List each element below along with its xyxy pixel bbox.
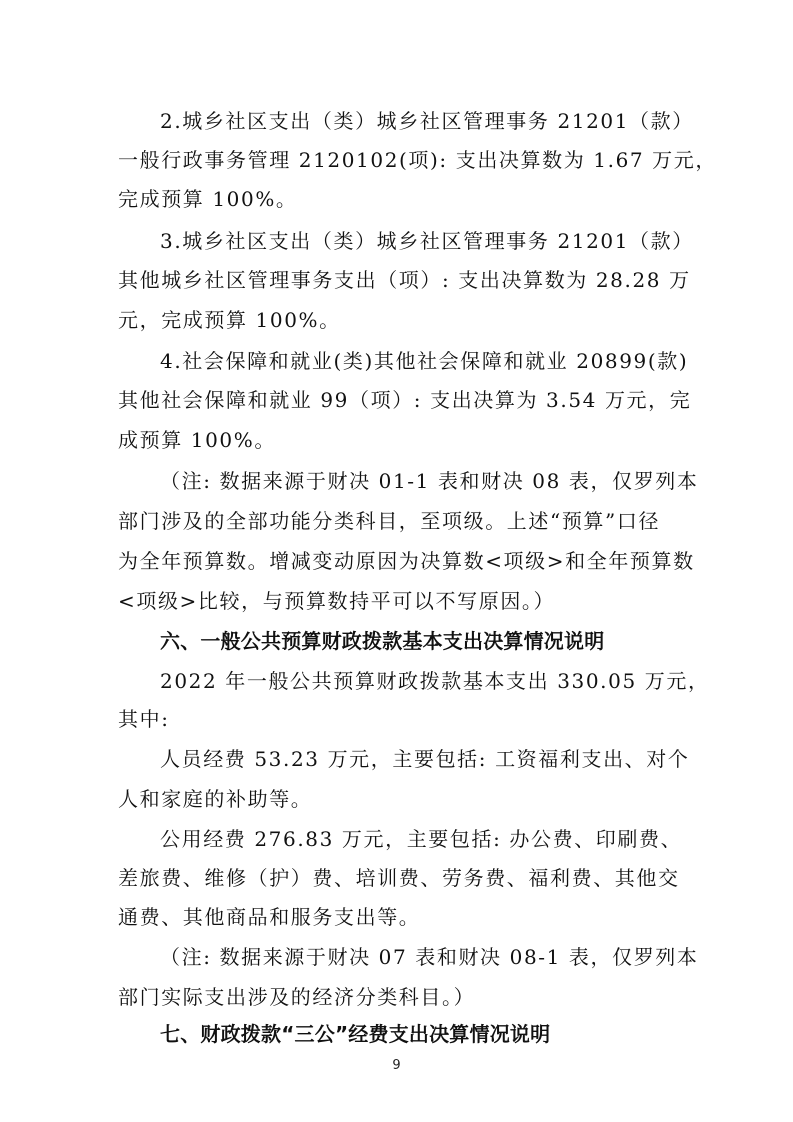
document-page: 2.城乡社区支出（类）城乡社区管理事务 21201（款） 一般行政事务管理 21… [0, 0, 793, 1122]
item-2-line-3: 完成预算 100%。 [118, 187, 688, 211]
intro-line-2: 其中: [118, 707, 688, 731]
personnel-line-1: 人员经费 53.23 万元，主要包括: 工资福利支出、对个 [160, 747, 688, 771]
note-1-line-2: 部门涉及的全部功能分类科目，至项级。上述“预算”口径 [118, 509, 688, 533]
note-1-line-3: 为全年预算数。增减变动原因为决算数<项级>和全年预算数 [118, 549, 688, 573]
intro-line-1: 2022 年一般公共预算财政拨款基本支出 330.05 万元， [160, 669, 688, 693]
public-line-1: 公用经费 276.83 万元，主要包括: 办公费、印刷费、 [160, 827, 688, 851]
item-3-line-1: 3.城乡社区支出（类）城乡社区管理事务 21201（款） [160, 229, 688, 253]
public-line-2: 差旅费、维修（护）费、培训费、劳务费、福利费、其他交 [118, 866, 688, 890]
personnel-line-2: 人和家庭的补助等。 [118, 787, 688, 811]
section-6-heading: 六、一般公共预算财政拨款基本支出决算情况说明 [160, 629, 604, 653]
item-2-line-1: 2.城乡社区支出（类）城乡社区管理事务 21201（款） [160, 109, 688, 133]
note-1-line-1: （注: 数据来源于财决 01-1 表和财决 08 表，仅罗列本 [160, 469, 688, 493]
item-4-line-3: 成预算 100%。 [118, 428, 688, 452]
item-3-line-2: 其他城乡社区管理事务支出（项）: 支出决算数为 28.28 万 [118, 268, 688, 292]
note-2-line-1: （注: 数据来源于财决 07 表和财决 08-1 表，仅罗列本 [160, 945, 688, 969]
page-number: 9 [0, 1058, 793, 1073]
public-line-3: 通费、其他商品和服务支出等。 [118, 905, 688, 929]
item-4-line-1: 4.社会保障和就业(类)其他社会保障和就业 20899(款) [160, 349, 688, 373]
item-4-line-2: 其他社会保障和就业 99（项）: 支出决算为 3.54 万元，完 [118, 388, 688, 412]
section-7-heading: 七、财政拨款“三公”经费支出决算情况说明 [160, 1022, 550, 1046]
item-2-line-2: 一般行政事务管理 2120102(项): 支出决算数为 1.67 万元， [118, 148, 688, 172]
item-3-line-3: 元，完成预算 100%。 [118, 308, 688, 332]
note-2-line-2: 部门实际支出涉及的经济分类科目。） [118, 985, 688, 1009]
note-1-line-4: <项级>比较，与预算数持平可以不写原因。） [118, 589, 688, 613]
